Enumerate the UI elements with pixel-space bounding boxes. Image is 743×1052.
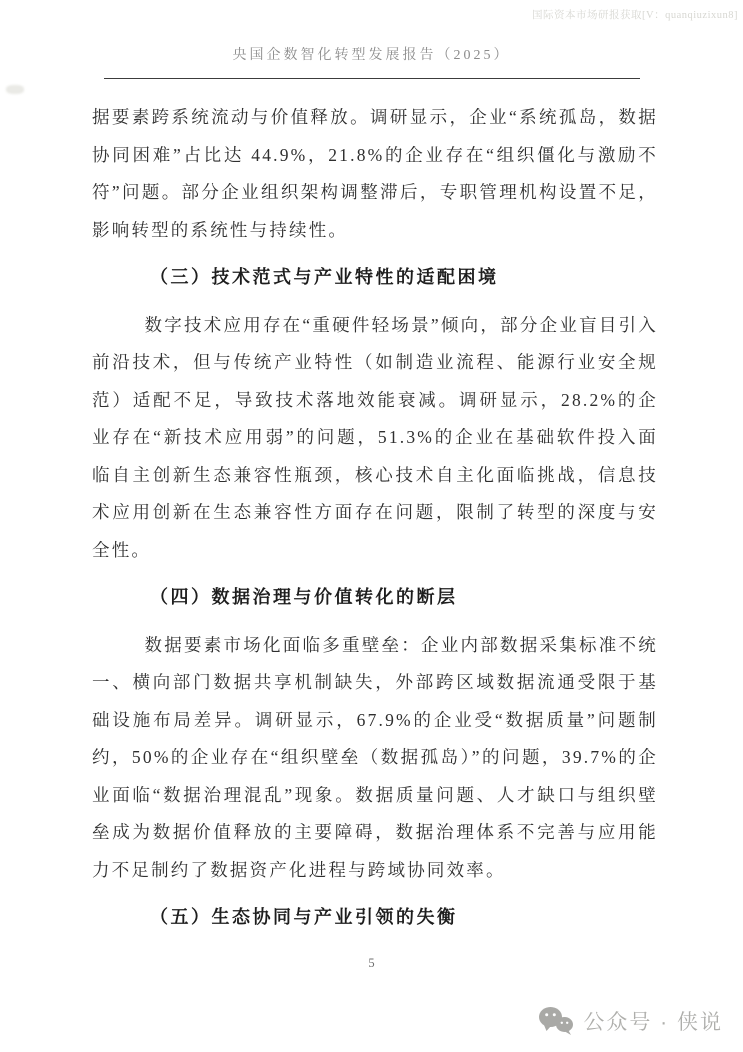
scan-artifact (6, 85, 24, 94)
page-number: 5 (0, 956, 743, 971)
paragraph-continuation: 据要素跨系统流动与价值释放。调研显示，企业“系统孤岛，数据协同困难”占比达 44… (92, 99, 658, 249)
report-title: 央国企数智化转型发展报告（2025） (0, 46, 743, 66)
wechat-icon (538, 1006, 574, 1036)
wechat-label: 公众号 · 侠说 (583, 1006, 723, 1036)
section-3-paragraph: 数字技术应用存在“重硬件轻场景”倾向，部分企业盲目引入前沿技术，但与传统产业特性… (92, 307, 658, 570)
wechat-footer-badge: 公众号 · 侠说 (538, 1006, 723, 1036)
document-body: 据要素跨系统流动与价值释放。调研显示，企业“系统孤岛，数据协同困难”占比达 44… (92, 99, 658, 937)
page-header: 央国企数智化转型发展报告（2025） (0, 46, 743, 79)
header-rule (104, 78, 640, 79)
document-page: 国际资本市场研报获取[V：quanqiuzixun8] 央国企数智化转型发展报告… (0, 0, 743, 1052)
watermark-text: 国际资本市场研报获取[V：quanqiuzixun8] (532, 7, 738, 22)
section-4-paragraph: 数据要素市场化面临多重壁垒：企业内部数据采集标准不统一、横向部门数据共享机制缺失… (92, 627, 658, 890)
section-4-heading: （四）数据治理与价值转化的断层 (92, 579, 658, 617)
section-5-heading: （五）生态协同与产业引领的失衡 (92, 899, 658, 937)
section-3-heading: （三）技术范式与产业特性的适配困境 (92, 259, 658, 297)
